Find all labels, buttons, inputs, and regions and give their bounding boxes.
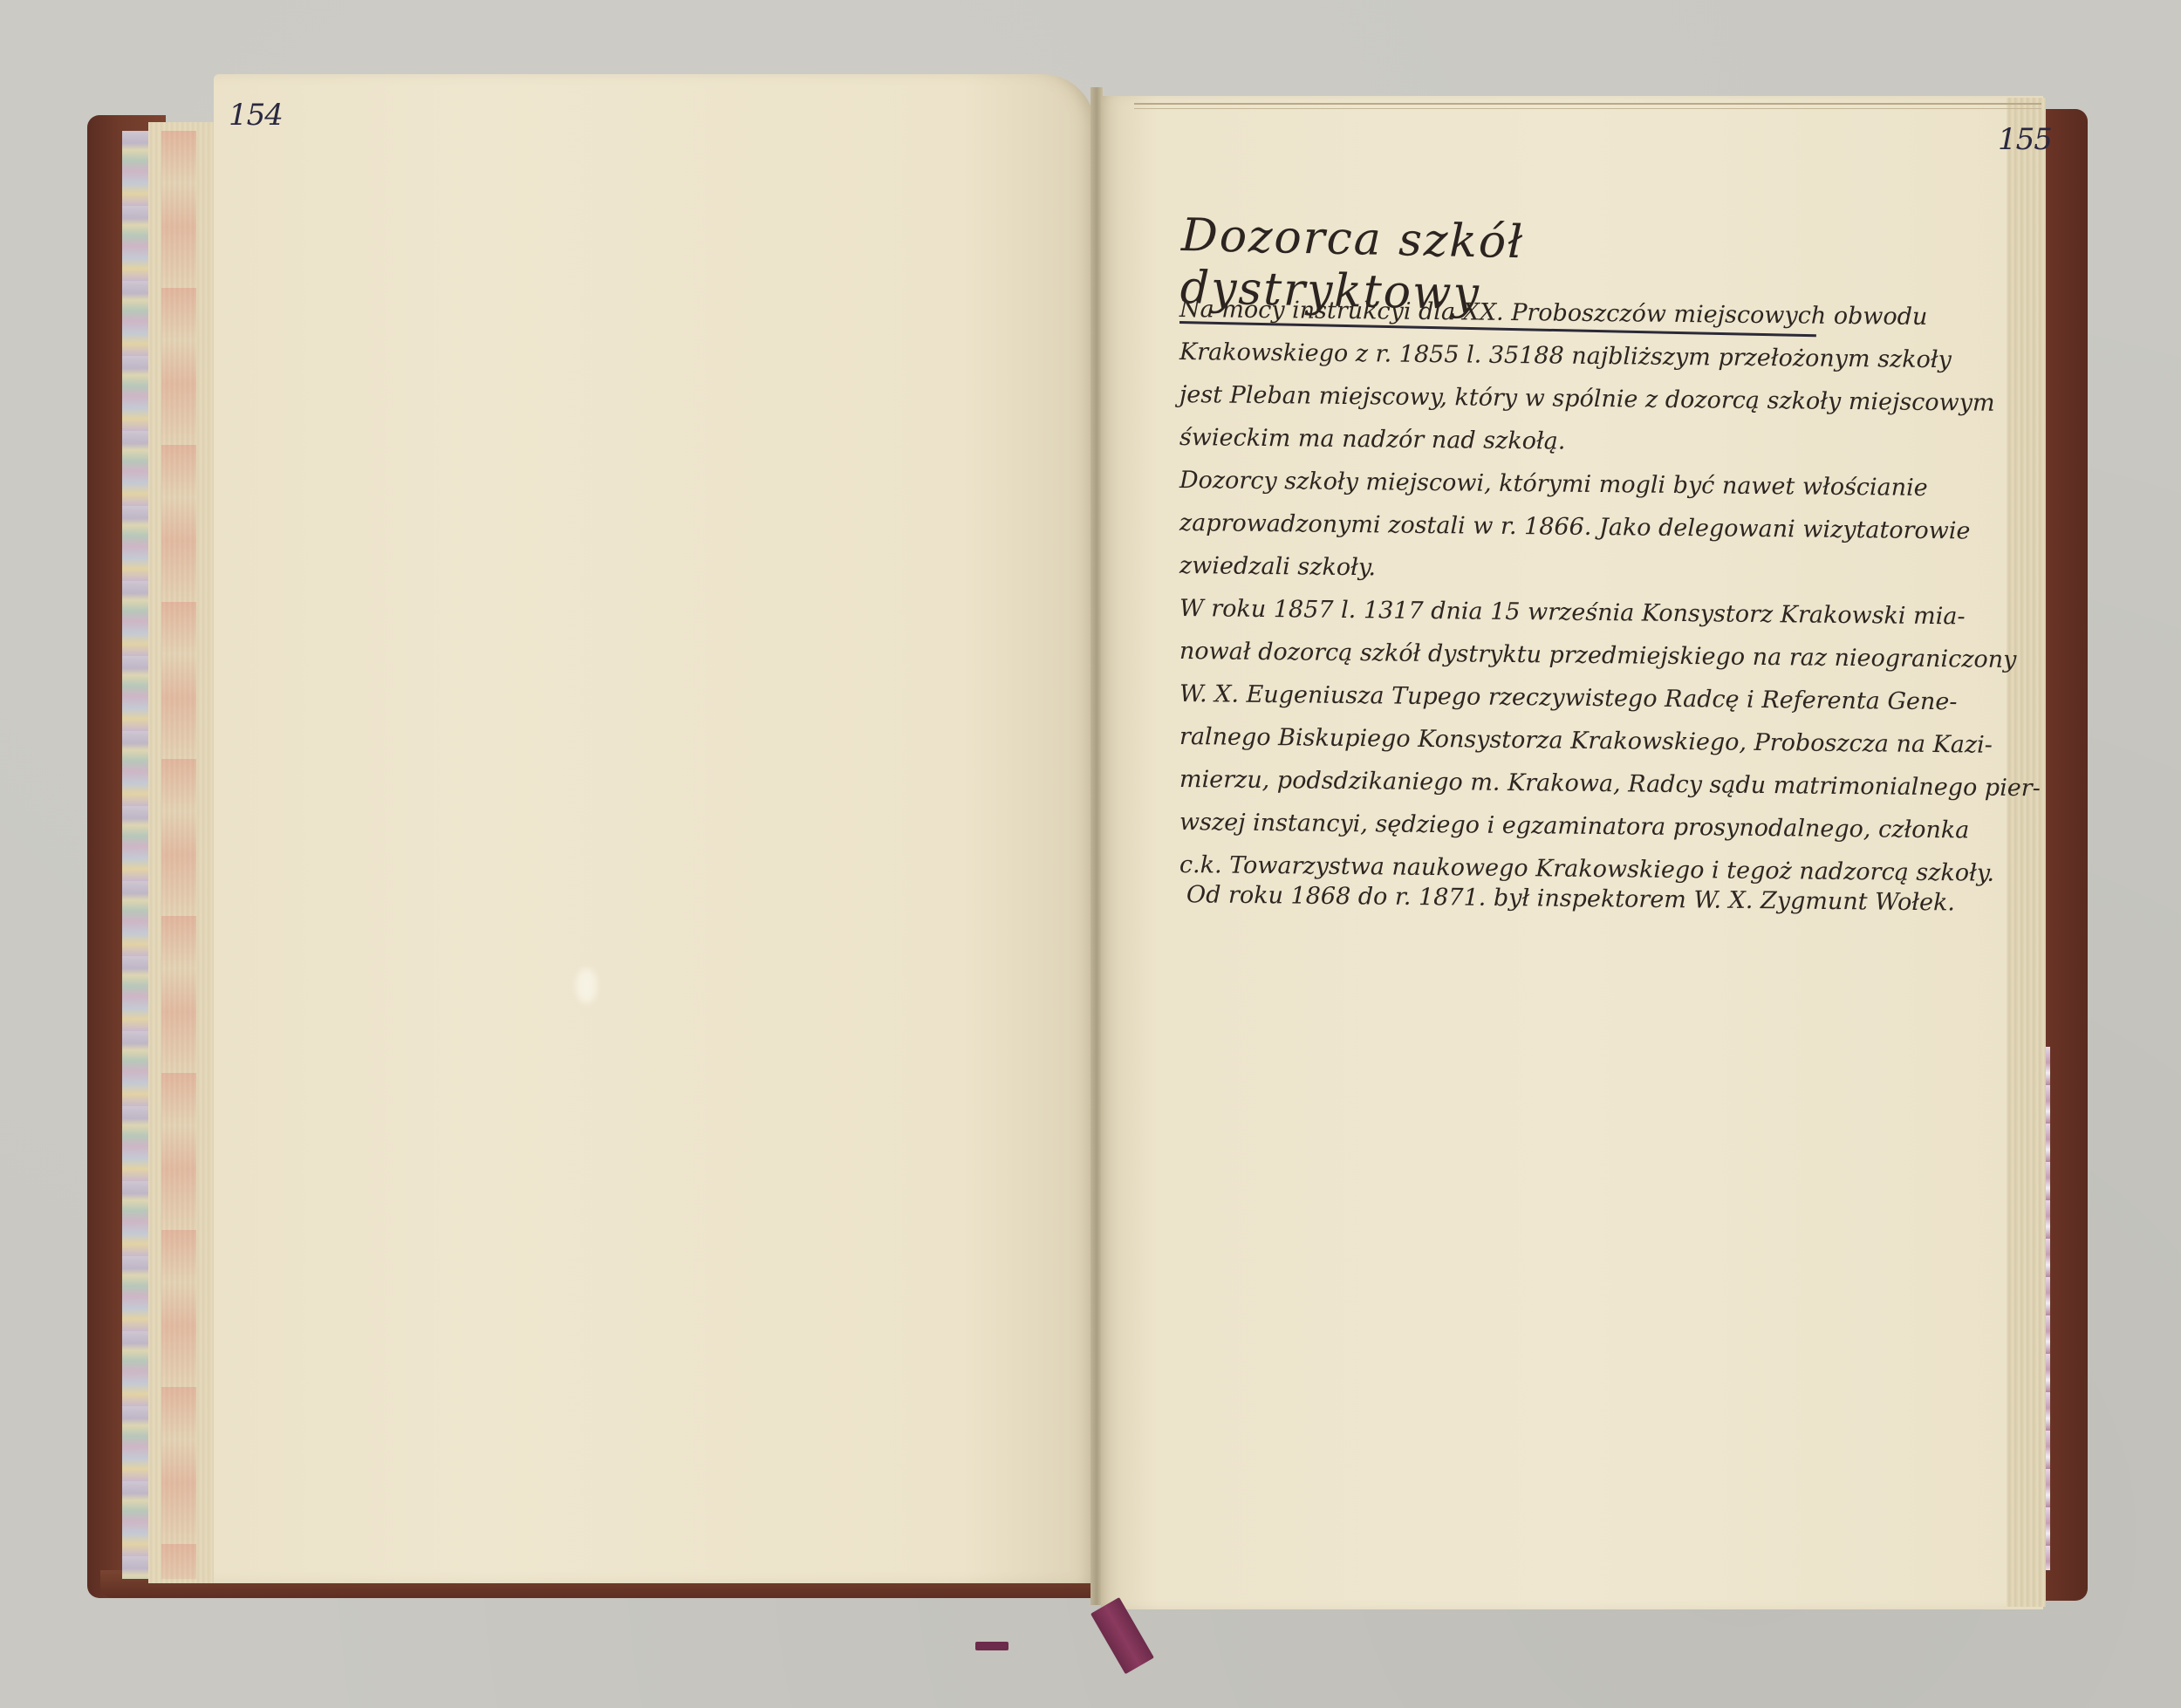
ribbon-bookmark-stub [975, 1642, 1008, 1650]
book-cover-right [2046, 109, 2088, 1601]
left-page-number: 154 [229, 98, 283, 133]
manuscript-body: Na mocy instrukcyi dla XX. Proboszczów m… [1179, 288, 1965, 886]
red-edge-staining [161, 131, 196, 1579]
left-page [214, 74, 1095, 1583]
paragraph-2: Dozorcy szkoły miejscowi, którymi mogli … [1179, 459, 1965, 587]
page-block-edge-right [2007, 98, 2046, 1607]
paragraph-3: W roku 1857 l. 1317 dnia 15 września Kon… [1179, 587, 1965, 886]
page-top-rule [1134, 103, 2041, 105]
paragraph-1: Na mocy instrukcyi dla XX. Proboszczów m… [1179, 288, 1965, 459]
right-page-number: 155 [1998, 122, 2052, 157]
paper-spot [576, 968, 597, 1003]
page-top-rule-secondary [1134, 108, 2041, 109]
